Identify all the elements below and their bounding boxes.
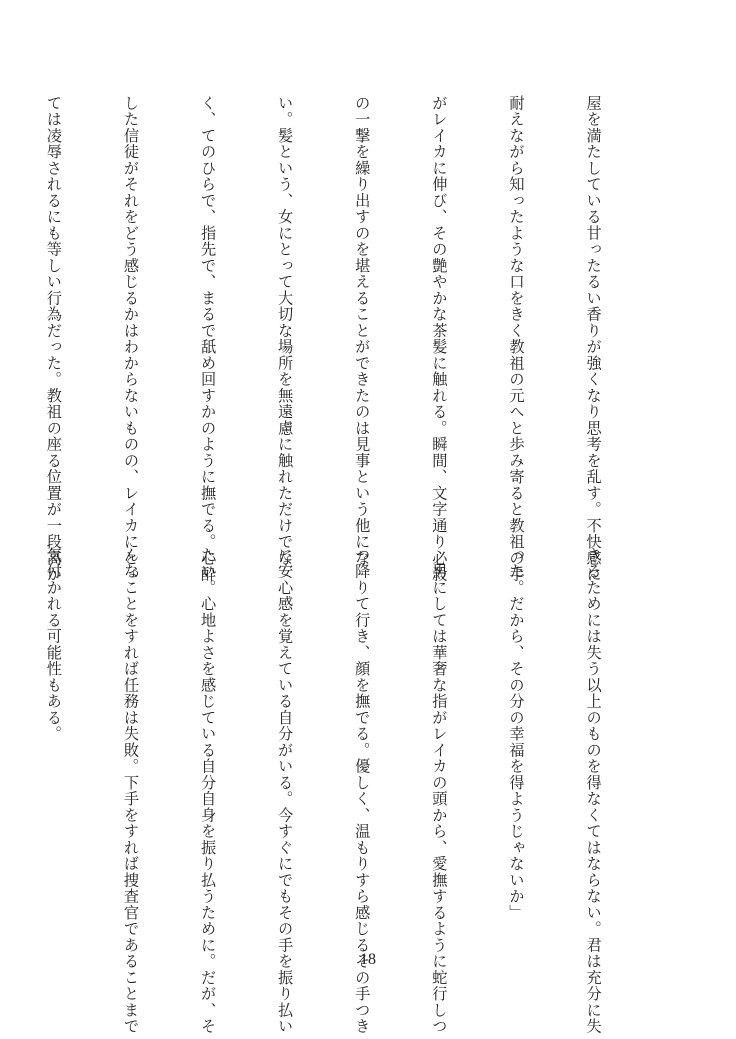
text-line: 気付かれる可能性もある。	[40, 547, 66, 942]
text-line: ては凌辱されるにも等しい行為だった。教祖の座る位置が一段高か	[40, 95, 66, 490]
text-line: の一撃を繰り出すのを堪えることができたのは見事という他にな	[349, 95, 375, 490]
text-line: した信徒がそれをどう感じるかはわからないものの、レイカにとっ	[117, 95, 143, 490]
document-page: 屋を満たしている甘ったるい香りが強くなり思考を乱す。不快感に 耐えながら知ったよ…	[0, 0, 736, 1039]
text-line: く、てのひらで、指先で、まるで舐め回すかのように撫でる。心酔	[194, 95, 220, 490]
text-line: んなことをすれば任務は失敗。下手をすれば捜査官であることまで	[117, 547, 143, 942]
text-line: に安心感を覚えている自分がいる。今すぐにでもその手を振り払い	[271, 547, 297, 942]
text-line: がレイカに伸び、その艶やかな茶髪に触れる。瞬間、文字通り必殺	[426, 95, 452, 490]
page-number: 18	[0, 951, 736, 969]
text-line: 男にしては華奢な指がレイカの頭から、愛撫するように蛇行しつ	[426, 547, 452, 942]
text-line: 屋を満たしている甘ったるい香りが強くなり思考を乱す。不快感に	[580, 95, 606, 490]
text-line: 耐えながら知ったような口をきく教祖の元へと歩み寄ると教祖の手	[503, 95, 529, 490]
dialogue-line: きるためには失う以上のものを得なくてはならない。君は充分に失	[580, 547, 606, 942]
dialogue-line: った。だから、その分の幸福を得ようじゃないか」	[503, 547, 529, 942]
text-line: い。髪という、女にとって大切な場所を無遠慮に触れただけでな	[271, 95, 297, 490]
text-block-lower: きるためには失う以上のものを得なくてはならない。君は充分に失 った。だから、その…	[0, 547, 657, 942]
text-line: たい。心地よさを感じている自分自身を振り払うために。だが、そ	[194, 547, 220, 942]
text-block-upper: 屋を満たしている甘ったるい香りが強くなり思考を乱す。不快感に 耐えながら知ったよ…	[0, 95, 657, 490]
text-line: つ降りて行き、顔を撫でる。優しく、温もりすら感じるその手つき	[349, 547, 375, 942]
